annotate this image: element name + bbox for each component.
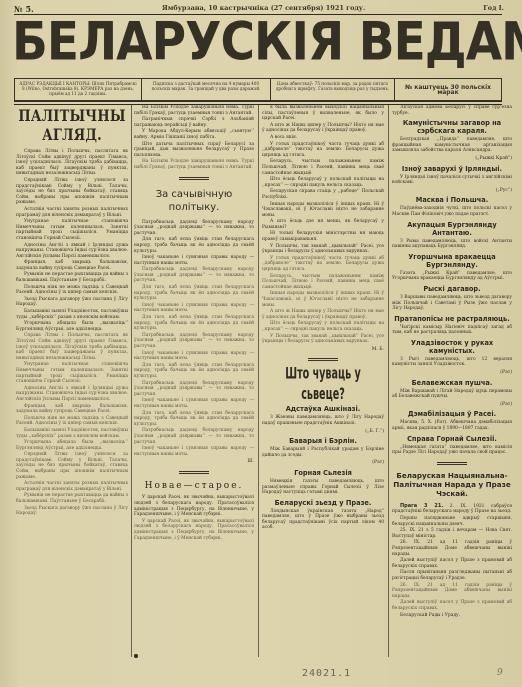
news-item: Угоршчына вракаецца Бургэнлянду. Газэта … xyxy=(392,253,512,282)
paragraph: Астатнія часткі заняты розных палітычных… xyxy=(16,207,128,218)
news-source: („Рыжкі Край“) xyxy=(392,156,512,162)
paragraph: Астатнія часткі заняты розных палітычных… xyxy=(16,481,128,492)
paragraph: Беларусь, чыстым палажэньнем паміж Польш… xyxy=(262,159,384,176)
news-item: Адстаўка Ашкіназі. З Жэнэвы паведамляюць… xyxy=(262,405,384,434)
signature: Ш. xyxy=(134,459,254,465)
news-text: „Нямецкая газэта“ паведамляе, што камісі… xyxy=(392,445,512,456)
column-3: я была вызваленьнем выходзілі нацыянальн… xyxy=(262,105,384,663)
paragraph: Ні толькі беларускія міністэрствы ня маю… xyxy=(262,231,384,242)
article-body: Справа Літвы і Польшчы, паслятага як Літ… xyxy=(16,149,128,517)
section-heading-world-news: Што чуваць у сьвеце? xyxy=(274,364,372,405)
paragraph: Унутранае палітычнае становішча Нямеччын… xyxy=(16,219,128,241)
news-item: Масква і Польшча. Паўднёва-заходнія чутк… xyxy=(392,196,512,217)
column-divider xyxy=(388,105,389,657)
paragraph: Патрэбнасьць дадзеці беларускаму народу … xyxy=(134,428,254,445)
paragraph: У гэтых прадстаўнікоў часта гучаць думкі… xyxy=(262,256,384,273)
news-text: Нямецкія газэты паведамляюць, што размаў… xyxy=(262,479,384,496)
paragraph: Патрэбнасьць дадзеці беларускаму народу … xyxy=(134,220,254,237)
paragraph: Справа Літвы і Польшчы, паслятага як Літ… xyxy=(16,333,128,361)
page-mark: 9 xyxy=(497,668,503,678)
column-1: ПАЛІТЫЧНЫ АГЛЯД. Справа Літвы і Польшчы,… xyxy=(16,105,128,663)
news-source: („Рус“) xyxy=(392,188,512,194)
news-title: Камуністычны загавор на сэрбскага караля… xyxy=(392,119,512,135)
newspaper-title: БЕЛАРУСКІЯ ВЕДАМАСЬЦІ xyxy=(12,14,492,70)
ads-box: Цана абвесткаў: 75 польскіх мар. за радо… xyxy=(271,79,395,100)
news-title: Пратапопісы не растраляюць. xyxy=(392,315,512,323)
news-text: Газэта „Рыжкі Край“ паведамляе, што Угор… xyxy=(392,271,512,282)
news-text: Белградзкая ,,Правда‘‘ паведамляе, што ф… xyxy=(392,137,512,154)
news-item: Горная Сьлезія Нямецкія газэты паведамля… xyxy=(262,469,384,496)
news-item: Акупацыя Бургэнлянду Антантаю. З Рыма па… xyxy=(392,221,512,250)
article-lead: Прага 3 21. xyxy=(400,503,443,509)
paragraph: Што ёсьць беларусаў у польскай палітыцы … xyxy=(262,321,384,332)
ink-dot xyxy=(134,654,138,658)
paragraph: Для таго, каб ясна ўявіць стан беларуска… xyxy=(134,237,254,254)
newspaper-page: № 5. Ямбурзана, 10 кастрычніка (27 сентя… xyxy=(0,0,522,687)
news-text: Лондынская ўкраінская газэта „Народ“ пав… xyxy=(262,509,384,531)
paragraph: Справа Літвы і Польшчы, паслятага як Літ… xyxy=(16,149,128,177)
news-item: Рыскі дагавор. З Варшавы паведамляюць, ш… xyxy=(392,285,512,312)
paragraph: Ізноў чаканьне і сувязныя справы народу … xyxy=(134,255,254,266)
paragraph: Лігаўская адмова Беларусі ў справе сур’ё… xyxy=(392,105,512,116)
paragraph: Польшча ніяк не можа ладзіць з Савецкай … xyxy=(16,416,128,427)
paragraph: Ізноў чаканьне і сувязныя справы народу … xyxy=(134,446,254,457)
news-text: З Варшавы паведамляюць, што зьвезд дагав… xyxy=(392,295,512,312)
news-text: Чыгірскі камісыр Нагіевіч падпісаў загад… xyxy=(392,325,512,336)
paragraph: Зьезд Рыскага дагавору ўжо паслана ў Ліг… xyxy=(16,506,128,517)
news-text: З Рыгі паведамляюць, што 12 верасня каму… xyxy=(392,357,512,368)
paragraph: Што ёсьць беларусаў у польскай палітыцы … xyxy=(262,177,384,188)
paragraph: Ізноў чаканьне і сувязныя справы народу … xyxy=(134,303,254,314)
archive-stamp: 24021.1 xyxy=(302,668,351,679)
news-title: Рыскі дагавор. xyxy=(392,285,512,293)
paragraph: Адносіны Англіі з ямкай і Ірляндыі дужа … xyxy=(16,386,128,403)
separator xyxy=(179,471,209,474)
paragraph: Іншыя народы вызваліліся ў іншых краях. … xyxy=(262,291,384,308)
news-item: Дэмабілізацыя ў Расеі. Масква, 5. X. (Ра… xyxy=(392,410,512,431)
price-box: № каштуець 30 польскіх марак xyxy=(395,79,501,100)
news-item: Баварыя і Бэрлін. Між Баварыяй і Рэспубл… xyxy=(262,437,384,466)
paragraph: Патрэбнасьць дадзеці беларускаму народу … xyxy=(134,267,254,284)
paragraph: Для таго, каб ясна ўявіць стан беларуска… xyxy=(134,411,254,428)
paragraph: Бальшавікі зьнялі Уладзівосток, паставіў… xyxy=(16,428,128,439)
paragraph: Што датыча палітычных спраў Беларусі за … xyxy=(134,142,254,159)
paragraph: Ізноў чаканьне і сувязныя справы народу … xyxy=(134,351,254,362)
news-item: Справа Горнай Сылезіі. „Нямецкая газэта“… xyxy=(392,435,512,456)
news-source: (Рат) xyxy=(262,460,384,466)
column-2: На Блізкім Усходзе заварушэньня няма. Ту… xyxy=(134,105,254,663)
address-box: АДРАС РЭДАКЦЫІ І КАНТОРЫ: Шлях Пятрабрам… xyxy=(15,79,142,100)
paragraph: 25. IX. 21 з 5 гадзін і вечарам — Нова С… xyxy=(392,528,512,539)
news-title: Горная Сьлезія xyxy=(262,469,384,477)
article-heading-political-review: ПАЛІТЫЧНЫ АГЛЯД. xyxy=(16,108,128,146)
paragraph: Беларусь, чыстым палажэньнем паміж Польш… xyxy=(262,274,384,291)
article-heading-prague-conference: Беларуская Нацыянальна-Палітычная Нарада… xyxy=(392,471,512,498)
paragraph: Далей выступіў пасол у Празе з прамовай … xyxy=(392,600,512,611)
paragraph: А што ёсьць дзе ня менш, як беларусаў у … xyxy=(262,219,384,230)
subscription-box: Падпіска з дастаўкай месячна на 4 нумары… xyxy=(142,79,271,100)
paragraph: Сярэдняй Літвы ізноў узнялося за прадста… xyxy=(16,178,128,206)
paragraph: Угоршчына абяцала была ,,вызваліць‘‘ Бур… xyxy=(16,440,128,451)
column-divider xyxy=(258,105,259,657)
news-item: Уладзівосток у руках камуністых. З Рыгі … xyxy=(392,339,512,376)
news-text: Масква, 5. X. (Рат). Абвешчана дэмабіліз… xyxy=(392,420,512,431)
paragraph: Румынія не перастае рыхтавацца да вайны … xyxy=(16,272,128,283)
news-title: Угоршчына вракаецца Бургэнлянду. xyxy=(392,253,512,269)
paragraph: Бальшавікі зьнялі Уладзівосток, паставіў… xyxy=(16,309,128,320)
signature: М. Б. xyxy=(262,347,384,353)
paragraph: Пагранічныя спрэчкі Сэрбіі з Альбаніяй п… xyxy=(134,117,254,128)
article-heading-sympathetic-policy: За сачывічную політыку. xyxy=(134,188,254,214)
paragraph: Для таго, каб ясна ўявіць стан беларуска… xyxy=(134,285,254,302)
paragraph: На Блізкім Усходзе заварушэньня няма. Ту… xyxy=(134,105,254,116)
news-title: Уладзівосток у руках камуністых. xyxy=(392,339,512,355)
news-title: Ізноў заварухі ў Ірляндыі. xyxy=(392,165,512,173)
column-divider xyxy=(131,105,132,657)
news-title: Акупацыя Бургэнлянду Антантаю. xyxy=(392,221,512,237)
news-item: Белавежская пушча. Між Варшавай і Лігай … xyxy=(392,379,512,408)
news-source: (Рат) xyxy=(392,370,512,376)
paragraph: Беларуская справа стаіць у ,,рабоце‘‘ По… xyxy=(262,189,384,200)
news-title: Адстаўка Ашкіназі. xyxy=(262,405,384,413)
paragraph: я была вызваленьнем выходзілі нацыянальн… xyxy=(262,105,384,122)
paragraph: Ізноў чаканьне і сувязныя справы народу … xyxy=(134,398,254,409)
news-item: Пратапопісы не растраляюць. Чыгірскі кам… xyxy=(392,315,512,336)
news-text: З Рыма паведамляюць, што войскі Антанты … xyxy=(392,239,512,250)
news-item: Беларускі зьезд у Празе. Лондынская ўкра… xyxy=(262,499,384,531)
paragraph: Францыя, каб зварыць бальшавізм, задумал… xyxy=(16,260,128,271)
paragraph: 26. IX. 21 ад 11 гадзін раніцы ў Рэпрэзе… xyxy=(392,540,512,557)
paragraph: У Польшчы, так званай ,,цывільнай‘‘ Расе… xyxy=(262,244,384,255)
paragraph: Патрэбнасьць дадзеці беларускаму народу … xyxy=(134,381,254,398)
closing-line: Беларускай Рады і Ураду. xyxy=(392,613,512,619)
paragraph: Унутранае палітычнае становішча Нямеччын… xyxy=(16,362,128,384)
news-text: З Жэнэвы паведамляюць, што ў Лігу Народа… xyxy=(262,415,384,426)
news-title: Белавежская пушча. xyxy=(392,379,512,387)
paragraph: Патрэбнасьць дадзеці беларускаму народу … xyxy=(134,333,254,350)
news-title: Масква і Польшча. xyxy=(392,196,512,204)
paragraph: Зьезд Рыскага дагавору ўжо паслана ў Ліг… xyxy=(16,297,128,308)
paragraph: А што ж Нашы цяпер у Польшчы? Ніхто ня м… xyxy=(262,309,384,320)
news-text: Між Баварыяй і Рэспублікай урадам у Бэрл… xyxy=(262,447,384,458)
paragraph: У гэтых прадстаўнікоў часта гучаць думкі… xyxy=(262,142,384,159)
paragraph: А вось якія. xyxy=(262,135,384,141)
paragraph: Адносіны Англіі з ямкай і Ірляндыі дужа … xyxy=(16,243,128,260)
paragraph: Румынія не перастае рыхтавацца да вайны … xyxy=(16,493,128,504)
news-item: Ізноў заварухі ў Ірляндыі. У Ірляндыі із… xyxy=(392,165,512,194)
news-title: Справа Горнай Сылезіі. xyxy=(392,435,512,443)
news-text: Між Варшавай і Лігай Народаў ідуць перам… xyxy=(392,389,512,400)
news-text: Паўднёва-заходнія чуткі, што польскі пас… xyxy=(392,206,512,217)
separator xyxy=(179,177,209,180)
info-bar: АДРАС РЭДАКЦЫІ І КАНТОРЫ: Шлях Пятрабрам… xyxy=(14,78,502,101)
news-text: У Ірляндыі ізноў пачаліся сутычкі з англ… xyxy=(392,175,512,186)
paragraph: У Марока Абдул-Керым абвясьціў ,,сьвятую… xyxy=(134,129,254,140)
news-title: Баварыя і Бэрлін. xyxy=(262,437,384,445)
news-source: („Б. Г.“) xyxy=(262,429,384,435)
column-4: Лігаўская адмова Беларусі ў справе сур’ё… xyxy=(392,105,512,663)
paragraph: Польшча ніяк не можа ладзіць з Савецкай … xyxy=(16,285,128,296)
paragraph: 26. IX. 21 ад 11 гадзін раніцы ў Рэпрэзе… xyxy=(392,583,512,600)
paragraph: Пасля прывітаньня разгледжаны пытаньні а… xyxy=(392,570,512,581)
paragraph: А што ж Нашы цяпер у Польшчы? Ніхто ня м… xyxy=(262,123,384,134)
paragraph: Першы пасяджэньне адкрыў старшыня, белар… xyxy=(392,516,512,527)
paragraph: Сярэдняй Літвы ізноў узнялося за прадста… xyxy=(16,452,128,480)
separator xyxy=(308,358,338,361)
article-heading-new-old: Новае—старое. xyxy=(134,484,254,490)
paragraph: Іншыя народы вызваліліся ў іншых краях. … xyxy=(262,202,384,219)
news-title: Беларускі зьезд у Празе. xyxy=(262,499,384,507)
news-item: Камуністычны загавор на сэрбскага караля… xyxy=(392,119,512,161)
paragraph: Для таго, каб ясна ўявіць стан беларуска… xyxy=(134,363,254,380)
paragraph: У царскай Расеі, як звычайна, выкарыстоў… xyxy=(134,495,254,517)
news-source: (Рат) xyxy=(392,402,512,408)
paragraph: У царскай Расеі, як звычайна, выкарыстоў… xyxy=(134,519,254,541)
news-title: Дэмабілізацыя ў Расеі. xyxy=(392,410,512,418)
paragraph: У Польшчы, так званай ,,цывільнай‘‘ Расе… xyxy=(262,334,384,345)
paragraph: Далей выступіў пасол у Празе з прамовай … xyxy=(392,558,512,569)
paragraph: Францыя, каб зварыць бальшавізм, задумал… xyxy=(16,404,128,415)
paragraph: На Блізкім Усходзе заварушэньня няма. Ту… xyxy=(134,159,254,170)
paragraph: Для таго, каб ясна ўявіць стан беларуска… xyxy=(134,315,254,332)
separator xyxy=(437,462,467,465)
paragraph: Угоршчына абяцала была ,,вызваліць‘‘ Бур… xyxy=(16,321,128,332)
